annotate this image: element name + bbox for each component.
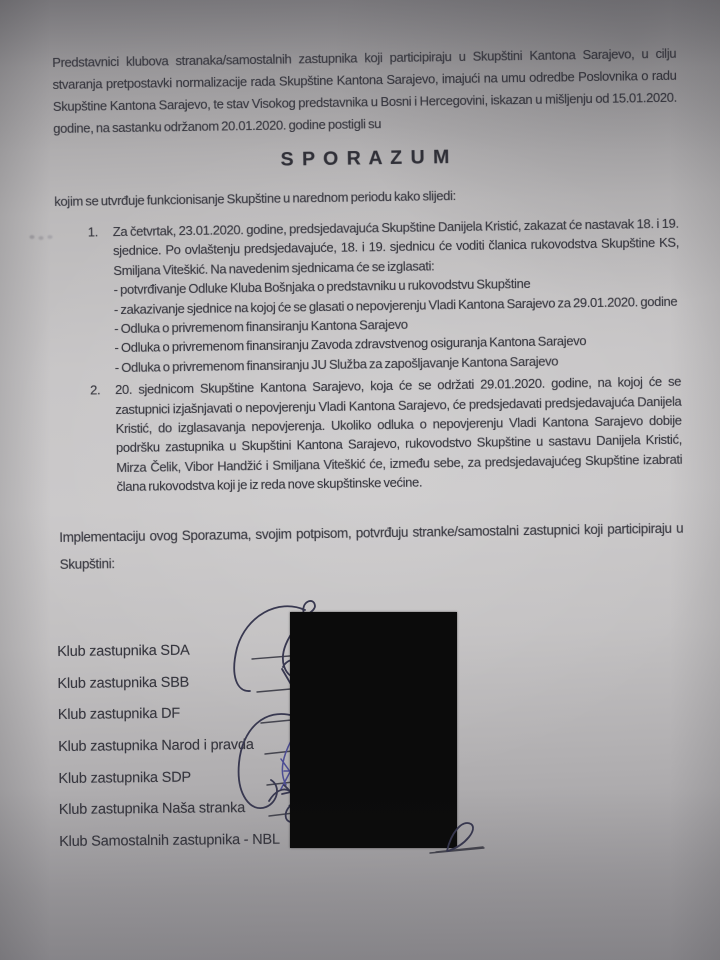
signatory-label: Klub zastupnika DF (58, 706, 180, 723)
intro-paragraph: Predstavnici klubova stranaka/samostalni… (52, 37, 677, 140)
signatory-label: Klub zastupnika SDP (58, 769, 191, 786)
agreement-item-1: 1. Za četvrtak, 23.01.2020. godine, pred… (88, 214, 681, 378)
implementation-paragraph: Implementaciju ovog Sporazuma, svojim po… (59, 514, 684, 578)
item-body: Za četvrtak, 23.01.2020. godine, predsje… (113, 214, 681, 378)
signature-line (430, 848, 484, 853)
document-photo: { "colors": { "paper-top": "#8c8a8d", "p… (0, 0, 720, 960)
signatory-label: Klub zastupnika SBB (57, 674, 189, 691)
document-page: Predstavnici klubova stranaka/samostalni… (52, 37, 684, 579)
item-bullets: - potvrđivanje Odluke Kluba Bošnjaka o p… (113, 272, 680, 377)
item-number: 1. (88, 222, 115, 378)
agreement-items: 1. Za četvrtak, 23.01.2020. godine, pred… (55, 214, 683, 498)
document-title: S P O R A Z U M (54, 143, 678, 175)
signatory-label: Klub Samostalnih zastupnika - NBL (59, 832, 280, 850)
redaction-box (290, 612, 457, 848)
item-number: 2. (90, 380, 117, 497)
margin-smudge (28, 232, 54, 242)
item-body: 20. sjednicom Skupštine Kantona Sarajevo… (115, 372, 683, 497)
signatory-label: Klub zastupnika Naša stranka (59, 800, 245, 818)
signatory-label: Klub zastupnika Narod i pravda (58, 737, 254, 755)
item-text: 20. sjednicom Skupštine Kantona Sarajevo… (115, 374, 682, 494)
item-text: Za četvrtak, 23.01.2020. godine, predsje… (113, 216, 679, 278)
subtitle-paragraph: kojim se utvrđuje funkcionisanje Skupšti… (54, 183, 678, 212)
signatory-label: Klub zastupnika SDA (57, 642, 190, 659)
agreement-item-2: 2. 20. sjednicom Skupštine Kantona Saraj… (90, 372, 683, 497)
